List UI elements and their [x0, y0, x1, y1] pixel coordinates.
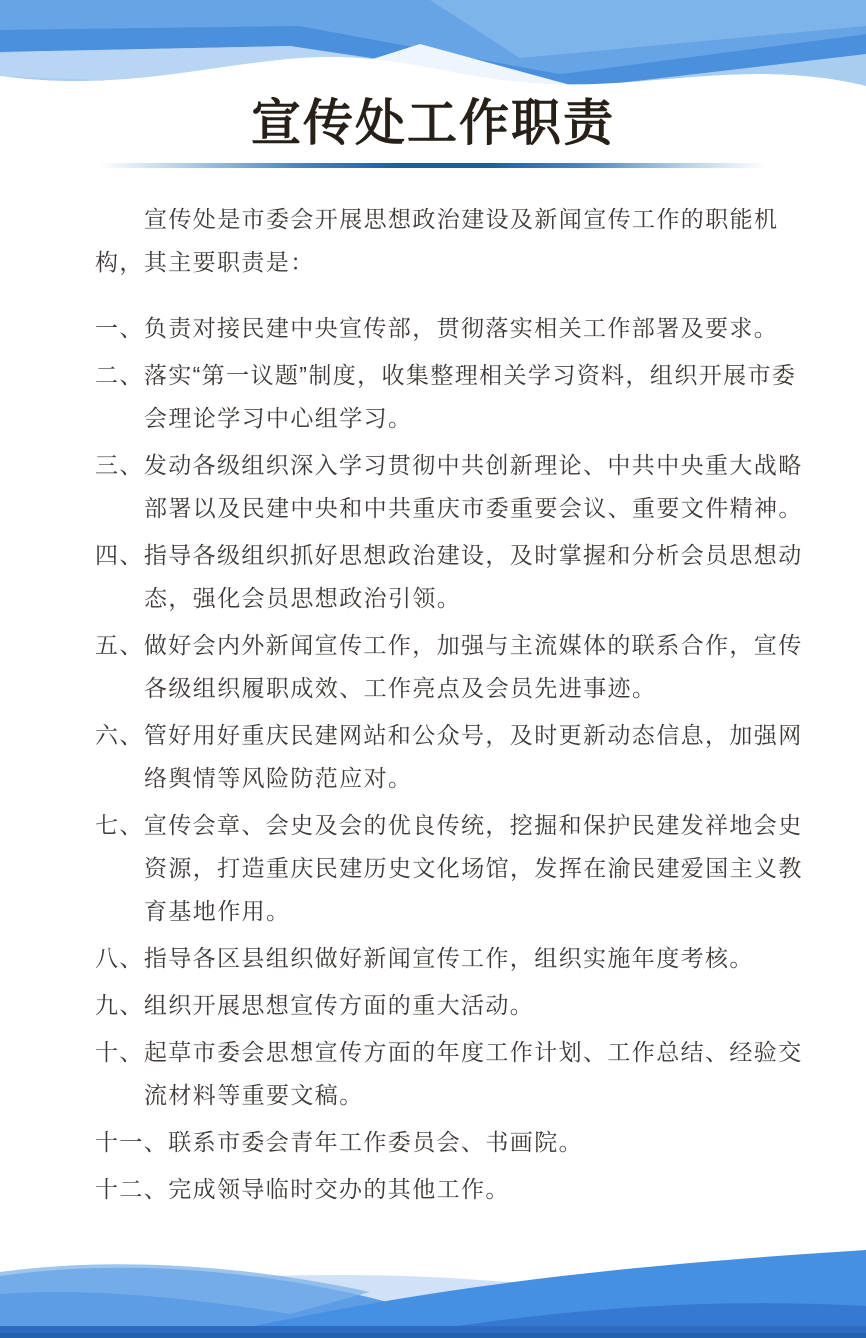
- duty-item-7: 七、宣传会章、会史及会的优良传统，挖掘和保护民建发祥地会史资源，打造重庆民建历史…: [95, 804, 812, 933]
- duty-label: 十一、: [95, 1129, 168, 1155]
- duty-text: 指导各区县组织做好新闻宣传工作，组织实施年度考核。: [144, 945, 754, 971]
- duty-label: 八、: [95, 945, 144, 971]
- duty-item-6: 六、管好用好重庆民建网站和公众号，及时更新动态信息，加强网络舆情等风险防范应对。: [95, 714, 812, 800]
- intro-paragraph: 宣传处是市委会开展思想政治建设及新闻宣传工作的职能机构，其主要职责是：: [95, 198, 812, 284]
- duty-item-12: 十二、完成领导临时交办的其他工作。: [95, 1168, 812, 1211]
- duty-item-3: 三、发动各级组织深入学习贯彻中共创新理论、中共中央重大战略部署以及民建中央和中共…: [95, 444, 812, 530]
- duty-text: 做好会内外新闻宣传工作，加强与主流媒体的联系合作，宣传各级组织履职成效、工作亮点…: [144, 632, 803, 701]
- footer-wave-icon: [0, 1238, 866, 1338]
- duty-label: 十二、: [95, 1176, 168, 1202]
- duty-item-11: 十一、联系市委会青年工作委员会、书画院。: [95, 1121, 812, 1164]
- duty-text: 联系市委会青年工作委员会、书画院。: [168, 1129, 583, 1155]
- duty-label: 二、: [95, 362, 144, 388]
- duty-text: 负责对接民建中央宣传部，贯彻落实相关工作部署及要求。: [144, 315, 778, 341]
- poster-page: 宣传处工作职责 宣传处是市委会开展思想政治建设及新闻宣传工作的职能机构，其主要职…: [0, 0, 866, 1338]
- duty-text: 指导各级组织抓好思想政治建设，及时掌握和分析会员思想动态，强化会员思想政治引领。: [144, 542, 803, 611]
- page-title: 宣传处工作职责: [0, 92, 866, 154]
- duty-text: 完成领导临时交办的其他工作。: [168, 1176, 510, 1202]
- duty-text: 发动各级组织深入学习贯彻中共创新理论、中共中央重大战略部署以及民建中央和中共重庆…: [144, 452, 803, 521]
- duty-label: 一、: [95, 315, 144, 341]
- duty-text: 落实“第一议题”制度，收集整理相关学习资料，组织开展市委会理论学习中心组学习。: [144, 362, 797, 431]
- duty-item-9: 九、组织开展思想宣传方面的重大活动。: [95, 984, 812, 1027]
- duty-item-1: 一、负责对接民建中央宣传部，贯彻落实相关工作部署及要求。: [95, 307, 812, 350]
- duty-label: 三、: [95, 452, 144, 478]
- title-block: 宣传处工作职责: [0, 92, 866, 168]
- duty-item-4: 四、指导各级组织抓好思想政治建设，及时掌握和分析会员思想动态，强化会员思想政治引…: [95, 534, 812, 620]
- duty-item-5: 五、做好会内外新闻宣传工作，加强与主流媒体的联系合作，宣传各级组织履职成效、工作…: [95, 624, 812, 710]
- duty-text: 起草市委会思想宣传方面的年度工作计划、工作总结、经验交流材料等重要文稿。: [144, 1039, 803, 1108]
- duty-label: 五、: [95, 632, 144, 658]
- duty-list: 一、负责对接民建中央宣传部，贯彻落实相关工作部署及要求。 二、落实“第一议题”制…: [95, 307, 812, 1211]
- duty-label: 九、: [95, 992, 144, 1018]
- duty-item-2: 二、落实“第一议题”制度，收集整理相关学习资料，组织开展市委会理论学习中心组学习…: [95, 354, 812, 440]
- duty-label: 四、: [95, 542, 144, 568]
- duty-label: 七、: [95, 812, 144, 838]
- duty-text: 管好用好重庆民建网站和公众号，及时更新动态信息，加强网络舆情等风险防范应对。: [144, 722, 803, 791]
- duty-text: 组织开展思想宣传方面的重大活动。: [144, 992, 534, 1018]
- document-body: 宣传处是市委会开展思想政治建设及新闻宣传工作的职能机构，其主要职责是： 一、负责…: [0, 168, 866, 1211]
- duty-label: 十、: [95, 1039, 144, 1065]
- duty-label: 六、: [95, 722, 144, 748]
- duty-item-8: 八、指导各区县组织做好新闻宣传工作，组织实施年度考核。: [95, 937, 812, 980]
- footer-wave-decoration: [0, 1238, 866, 1338]
- duty-text: 宣传会章、会史及会的优良传统，挖掘和保护民建发祥地会史资源，打造重庆民建历史文化…: [144, 812, 803, 924]
- duty-item-10: 十、起草市委会思想宣传方面的年度工作计划、工作总结、经验交流材料等重要文稿。: [95, 1031, 812, 1117]
